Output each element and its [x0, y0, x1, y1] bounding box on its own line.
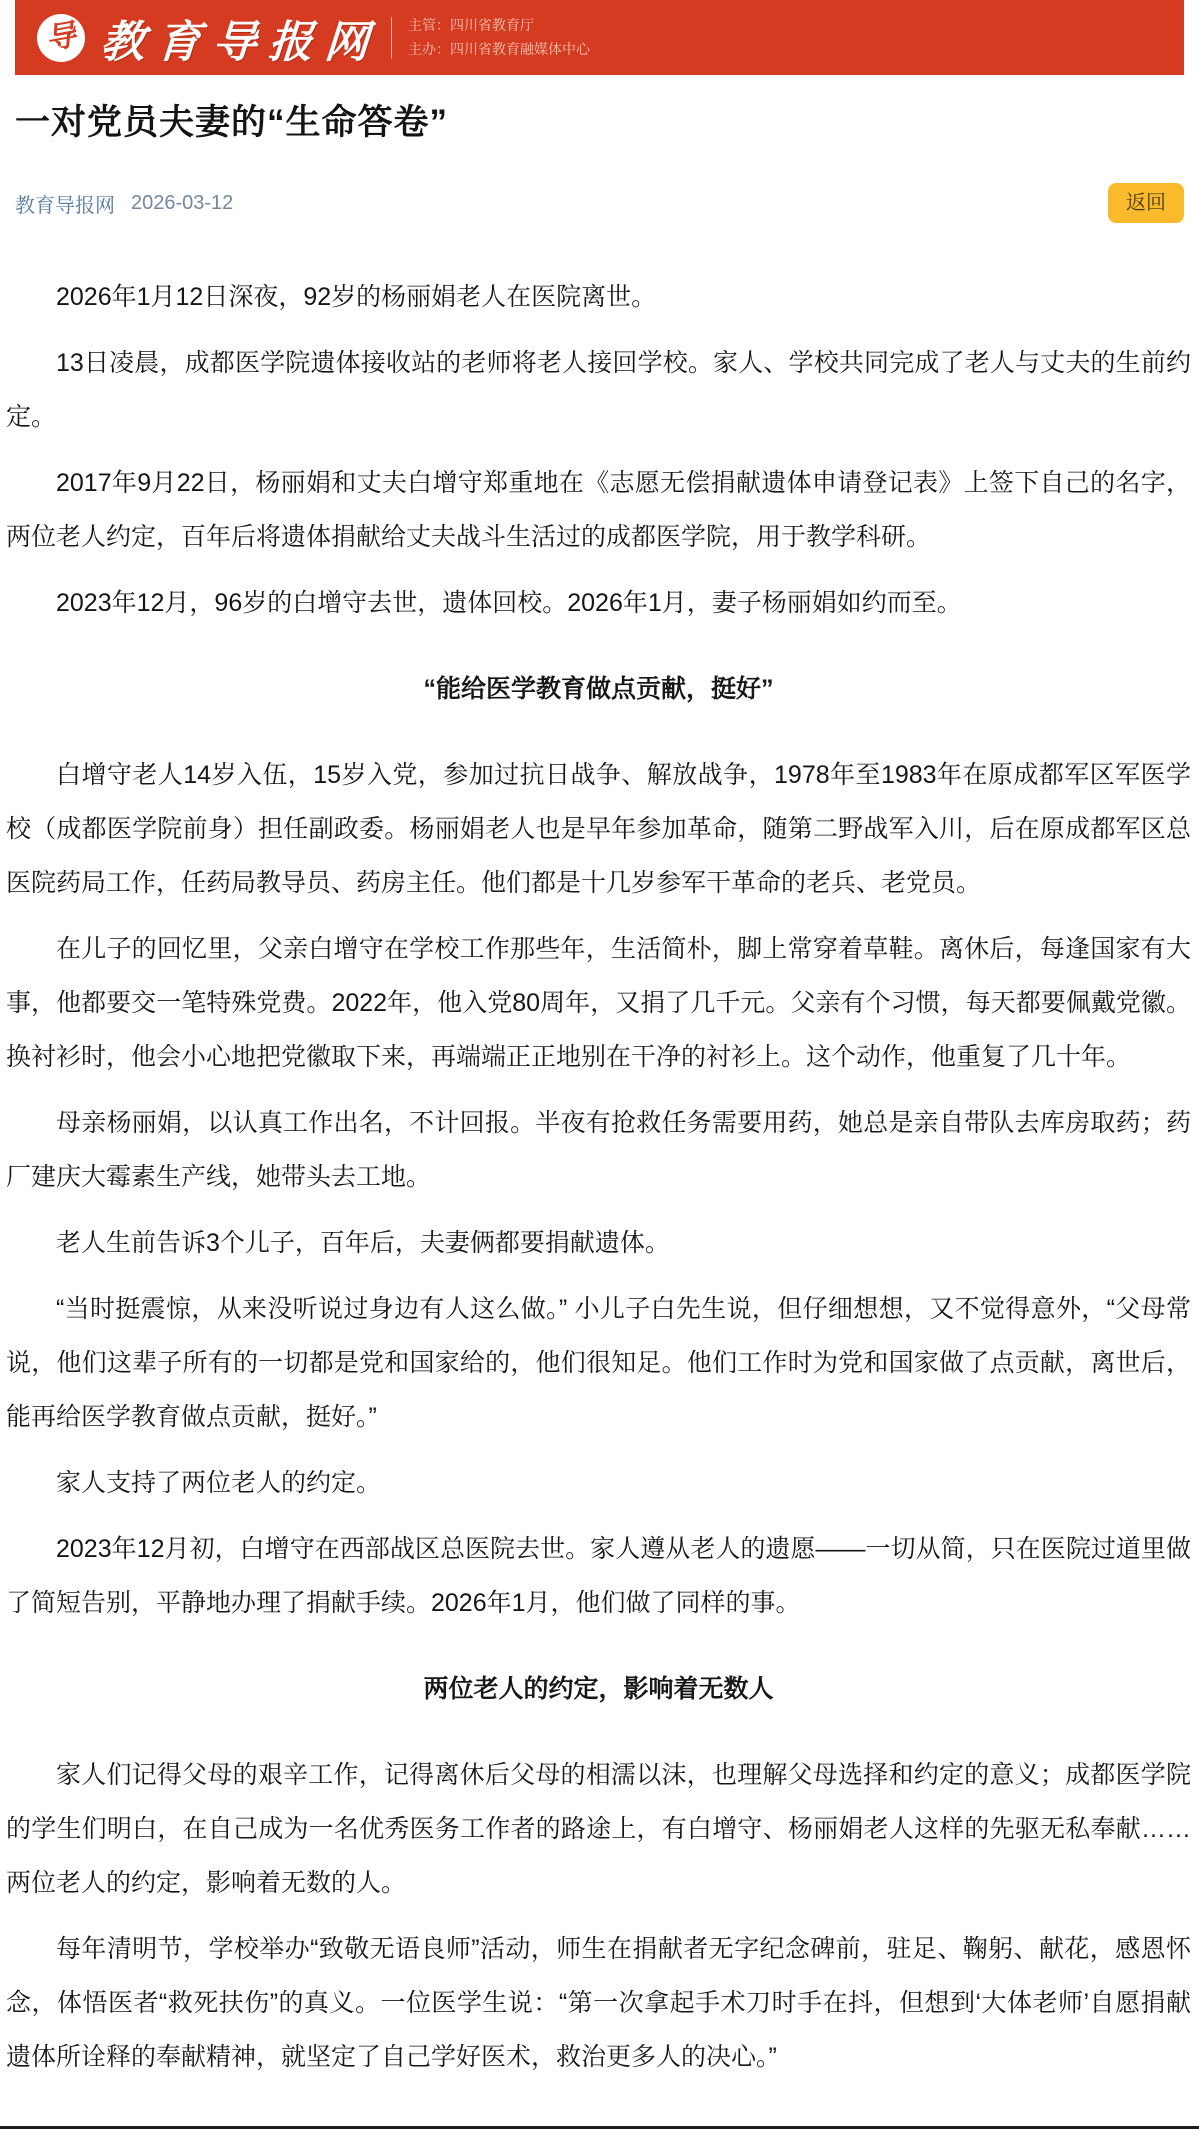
paragraph: 2026年1月12日深夜，92岁的杨丽娟老人在医院离世。: [6, 270, 1191, 324]
paragraph: “当时挺震惊，从来没听说过身边有人这么做。” 小儿子白先生说，但仔细想想，又不觉…: [6, 1282, 1191, 1444]
site-header: 导 教育导报网 主管：四川省教育厅 主办：四川省教育融媒体中心: [15, 0, 1184, 75]
brand-name: 教育导报网: [99, 6, 383, 70]
paragraph: 2023年12月初，白增守在西部战区总医院去世。家人遵从老人的遗愿——一切从简，…: [6, 1522, 1191, 1630]
org-lines: 主管：四川省教育厅 主办：四川省教育融媒体中心: [408, 14, 590, 60]
back-button[interactable]: 返回: [1108, 183, 1184, 223]
paragraph: 2023年12月，96岁的白增守去世，遗体回校。2026年1月，妻子杨丽娟如约而…: [6, 576, 1191, 630]
paragraph: 家人们记得父母的艰辛工作，记得离休后父母的相濡以沫，也理解父母选择和约定的意义；…: [6, 1748, 1191, 1910]
article-body: 2026年1月12日深夜，92岁的杨丽娟老人在医院离世。13日凌晨，成都医学院遗…: [0, 270, 1199, 2126]
paragraph: 老人生前告诉3个儿子，百年后，夫妻俩都要捐献遗体。: [6, 1216, 1191, 1270]
header-divider: [391, 17, 392, 59]
page: 导 教育导报网 主管：四川省教育厅 主办：四川省教育融媒体中心 一对党员夫妻的“…: [0, 0, 1199, 2129]
paragraph: 母亲杨丽娟，以认真工作出名，不计回报。半夜有抢救任务需要用药，她总是亲自带队去库…: [6, 1096, 1191, 1204]
paragraph: 在儿子的回忆里，父亲白增守在学校工作那些年，生活简朴，脚上常穿着草鞋。离休后，每…: [6, 922, 1191, 1084]
article-title: 一对党员夫妻的“生命答卷”: [15, 99, 1184, 146]
section-heading: 两位老人的约定，影响着无数人: [6, 1662, 1191, 1716]
supervisor-line: 主管：四川省教育厅: [408, 14, 590, 37]
organizer-line: 主办：四川省教育融媒体中心: [408, 38, 590, 61]
article-source-link[interactable]: 教育导报网: [15, 189, 115, 218]
section-heading: “能给医学教育做点贡献，挺好”: [6, 662, 1191, 716]
brand-seal-icon: 导: [33, 10, 89, 66]
paragraph: 每年清明节，学校举办“致敬无语良师”活动，师生在捐献者无字纪念碑前，驻足、鞠躬、…: [6, 1922, 1191, 2084]
paragraph: 13日凌晨，成都医学院遗体接收站的老师将老人接回学校。家人、学校共同完成了老人与…: [6, 336, 1191, 444]
article-meta-row: 教育导报网 2026-03-12 返回: [15, 182, 1184, 224]
brand-seal-glyph: 导: [44, 20, 79, 55]
paragraph: 家人支持了两位老人的约定。: [6, 1456, 1191, 1510]
paragraph: 白增守老人14岁入伍，15岁入党，参加过抗日战争、解放战争，1978年至1983…: [6, 748, 1191, 910]
paragraph: 2017年9月22日，杨丽娟和丈夫白增守郑重地在《志愿无偿捐献遗体申请登记表》上…: [6, 456, 1191, 564]
article-date: 2026-03-12: [131, 192, 233, 215]
